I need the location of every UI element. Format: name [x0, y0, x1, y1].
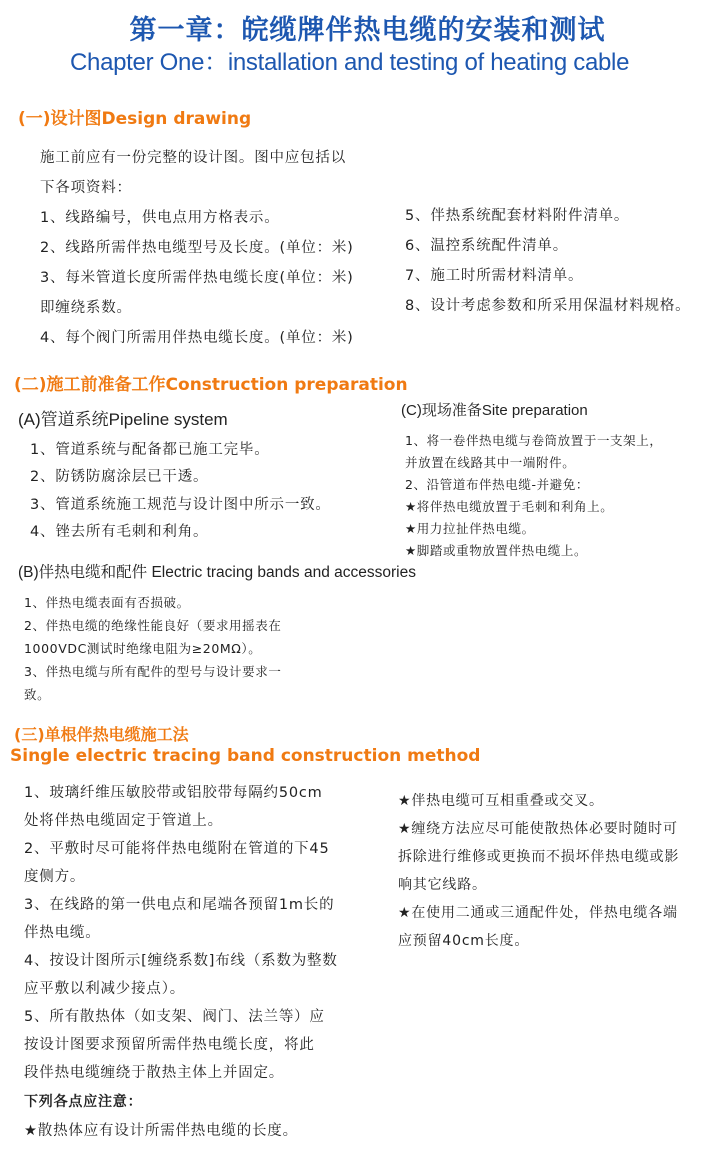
section3-item: 3、在线路的第一供电点和尾端各预留1m长的 [24, 893, 334, 914]
section3-item: 1、玻璃纤维压敏胶带或铝胶带每隔约50cm [24, 781, 323, 802]
note-item: ★散热体应有设计所需伴热电缆的长度。 [24, 1119, 298, 1140]
subsection-b-item: 3、伴热电缆与所有配件的型号与设计要求一 [24, 662, 281, 680]
subsection-a-item: 4、锉去所有毛刺和利角。 [30, 520, 208, 541]
page-title-en: Chapter One：installation and testing of … [70, 42, 629, 77]
section3-item: 度侧方。 [24, 865, 85, 886]
subsection-a-item: 3、管道系统施工规范与设计图中所示一致。 [30, 493, 331, 514]
subsection-a-item: 1、管道系统与配备都已施工完毕。 [30, 438, 270, 459]
note-item: ★在使用二通或三通配件处，伴热电缆各端 [398, 902, 678, 922]
subsection-c-item: ★脚踏或重物放置伴热电缆上。 [405, 541, 587, 559]
subsection-c-item: 1、将一卷伴热电缆与卷筒放置于一支架上， [405, 431, 662, 449]
notes-heading: 下列各点应注意： [24, 1091, 142, 1111]
section3-item: 伴热电缆。 [24, 921, 101, 942]
section1-item: 6、温控系统配件清单。 [405, 234, 568, 255]
section1-heading: (一)设计图Design drawing [18, 104, 251, 129]
subsection-c-item: 并放置在线路其中一端附件。 [405, 453, 575, 471]
section3-item: 按设计图要求预留所需伴热电缆长度，将此 [24, 1033, 315, 1054]
subsection-a-title: (A)管道系统Pipeline system [18, 405, 228, 430]
section3-item: 应平敷以利减少接点）。 [24, 977, 185, 998]
section1-intro-line: 施工前应有一份完整的设计图。图中应包括以 [40, 146, 346, 167]
section3-item: 2、平敷时尽可能将伴热电缆附在管道的下45 [24, 837, 329, 858]
subsection-a-item: 2、防锈防腐涂层已干透。 [30, 465, 208, 486]
section3-heading-cn: (三)单根伴热电缆施工法 [14, 722, 189, 745]
section1-item: 1、线路编号，供电点用方格表示。 [40, 206, 280, 227]
note-item: 应预留40cm长度。 [398, 930, 529, 950]
section1-item: 即缠绕系数。 [40, 296, 132, 317]
section1-item: 4、每个阀门所需用伴热电缆长度。(单位：米) [40, 326, 354, 347]
section1-intro-line: 下各项资料： [40, 176, 132, 197]
section3-item: 段伴热电缆缠绕于散热主体上并固定。 [24, 1061, 284, 1082]
subsection-c-item: ★用力拉扯伴热电缆。 [405, 519, 535, 537]
section3-item: 处将伴热电缆固定于管道上。 [24, 809, 223, 830]
subsection-c-item: ★将伴热电缆放置于毛刺和利角上。 [405, 497, 613, 515]
subsection-b-item: 致。 [24, 685, 50, 703]
section3-item: 4、按设计图所示[缠绕系数]布线（系数为整数 [24, 949, 338, 970]
note-item: ★缠绕方法应尽可能使散热体必要时随时可 [398, 818, 678, 838]
subsection-b-item: 1000VDC测试时绝缘电阻为≥20MΩ）。 [24, 639, 261, 657]
section1-item: 7、施工时所需材料清单。 [405, 264, 583, 285]
note-item: 响其它线路。 [398, 874, 487, 894]
section3-heading-en: Single electric tracing band constructio… [10, 746, 480, 766]
subsection-b-item: 1、伴热电缆表面有否损破。 [24, 593, 190, 611]
section1-item: 3、每米管道长度所需伴热电缆长度(单位：米) [40, 266, 354, 287]
subsection-b-item: 2、伴热电缆的绝缘性能良好（要求用摇表在 [24, 616, 281, 634]
section2-heading: (二)施工前准备工作Construction preparation [14, 370, 408, 395]
subsection-c-title: (C)现场准备Site preparation [401, 399, 588, 420]
note-item: 拆除进行维修或更换而不损坏伴热电缆或影 [398, 846, 679, 866]
subsection-c-item: 2、沿管道布伴热电缆-并避免： [405, 475, 589, 493]
subsection-b-title: (B)伴热电缆和配件 Electric tracing bands and ac… [18, 560, 416, 582]
note-item: ★伴热电缆可互相重叠或交叉。 [398, 790, 604, 810]
section3-item: 5、所有散热体（如支架、阀门、法兰等）应 [24, 1005, 325, 1026]
section1-item: 2、线路所需伴热电缆型号及长度。(单位：米) [40, 236, 354, 257]
section1-item: 8、设计考虑参数和所采用保温材料规格。 [405, 294, 690, 315]
section1-item: 5、伴热系统配套材料附件清单。 [405, 204, 629, 225]
